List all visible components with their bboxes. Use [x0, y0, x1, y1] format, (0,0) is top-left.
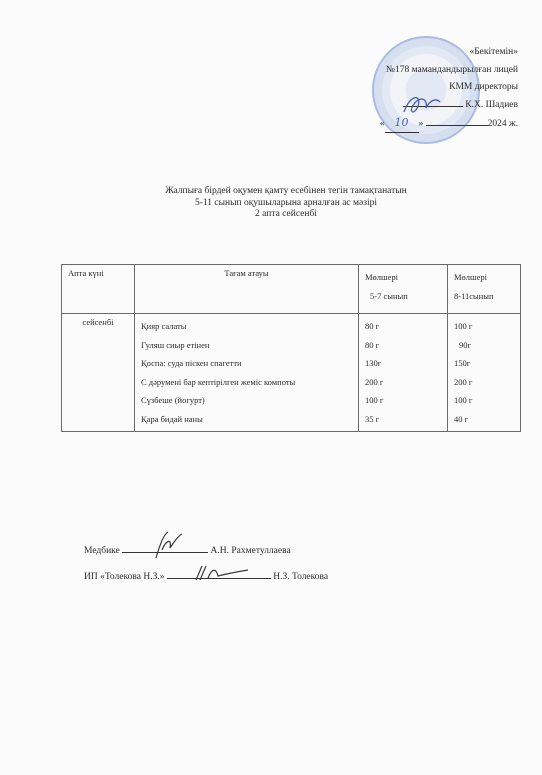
cell-qty-8-11: 100 г 90г 150г 200 г 100 г 40 г — [448, 314, 521, 432]
approval-school: №178 мамандандырылған лицей — [380, 62, 518, 80]
qty-item: 35 г — [365, 410, 441, 429]
qty-item: 150г — [454, 354, 514, 373]
dish-item: Гуляш сиыр етінен — [141, 336, 352, 355]
cell-dishes: Қияр салаты Гуляш сиыр етінен Қоспа: суд… — [135, 314, 359, 432]
title-line-1: Жалпыға бірдей оқумен қамту есебінен тег… — [0, 186, 542, 198]
qty-item: 130г — [365, 354, 441, 373]
qty-item: 100 г — [454, 317, 514, 336]
approval-block: «Бекітемін» №178 мамандандырылған лицей … — [380, 44, 518, 134]
date-month — [426, 125, 488, 126]
dish-item: Қияр салаты — [141, 317, 352, 336]
dish-item: С дәрумені бар кептірілген жеміс компоты — [141, 373, 352, 392]
title-line-2: 5-11 сынып оқушыларына арналған ас мәзір… — [0, 198, 542, 210]
dish-item: Қоспа: суда піскен спагетти — [141, 354, 352, 373]
supplier-signature-scribble — [192, 562, 252, 582]
qty-item: 80 г — [365, 336, 441, 355]
nurse-signature-scribble — [148, 530, 188, 560]
table-header-row: Апта күні Тағам атауы Мөлшері 5-7 сынып … — [62, 265, 521, 314]
header-day: Апта күні — [62, 265, 135, 314]
date-year: 2024 ж. — [488, 119, 518, 129]
cell-qty-5-7: 80 г 80 г 130г 200 г 100 г 35 г — [359, 314, 448, 432]
qty-item: 100 г — [365, 391, 441, 410]
nurse-name: А.Н. Рахметуллаева — [211, 546, 291, 556]
nurse-label: Медбике — [84, 546, 120, 556]
menu-table: Апта күні Тағам атауы Мөлшері 5-7 сынып … — [61, 264, 521, 432]
qty-item: 90г — [454, 336, 514, 355]
qty-item: 80 г — [365, 317, 441, 336]
cell-day: сейсенбі — [62, 314, 135, 432]
dish-item: Сүзбеше (йогурт) — [141, 391, 352, 410]
header-qty-5-7: Мөлшері 5-7 сынып — [359, 265, 448, 314]
header-qty-8-11: Мөлшері 8-11сынып — [448, 265, 521, 314]
table-row: сейсенбі Қияр салаты Гуляш сиыр етінен Қ… — [62, 314, 521, 432]
qty-item: 40 г — [454, 410, 514, 429]
approval-heading: «Бекітемін» — [380, 44, 518, 62]
supplier-label: ИП «Толекова Н.З.» — [84, 572, 164, 582]
qty-item: 200 г — [365, 373, 441, 392]
supplier-name: Н.З. Толекова — [273, 572, 328, 582]
document-title: Жалпыға бірдей оқумен қамту есебінен тег… — [0, 186, 542, 221]
dish-item: Қара бидай наны — [141, 410, 352, 429]
title-line-3: 2 апта сейсенбі — [0, 209, 542, 221]
qty-item: 200 г — [454, 373, 514, 392]
director-name: К.Х. Шадиев — [465, 100, 518, 110]
header-dish: Тағам атауы — [135, 265, 359, 314]
qty-item: 100 г — [454, 391, 514, 410]
director-signature-scribble — [400, 92, 444, 118]
